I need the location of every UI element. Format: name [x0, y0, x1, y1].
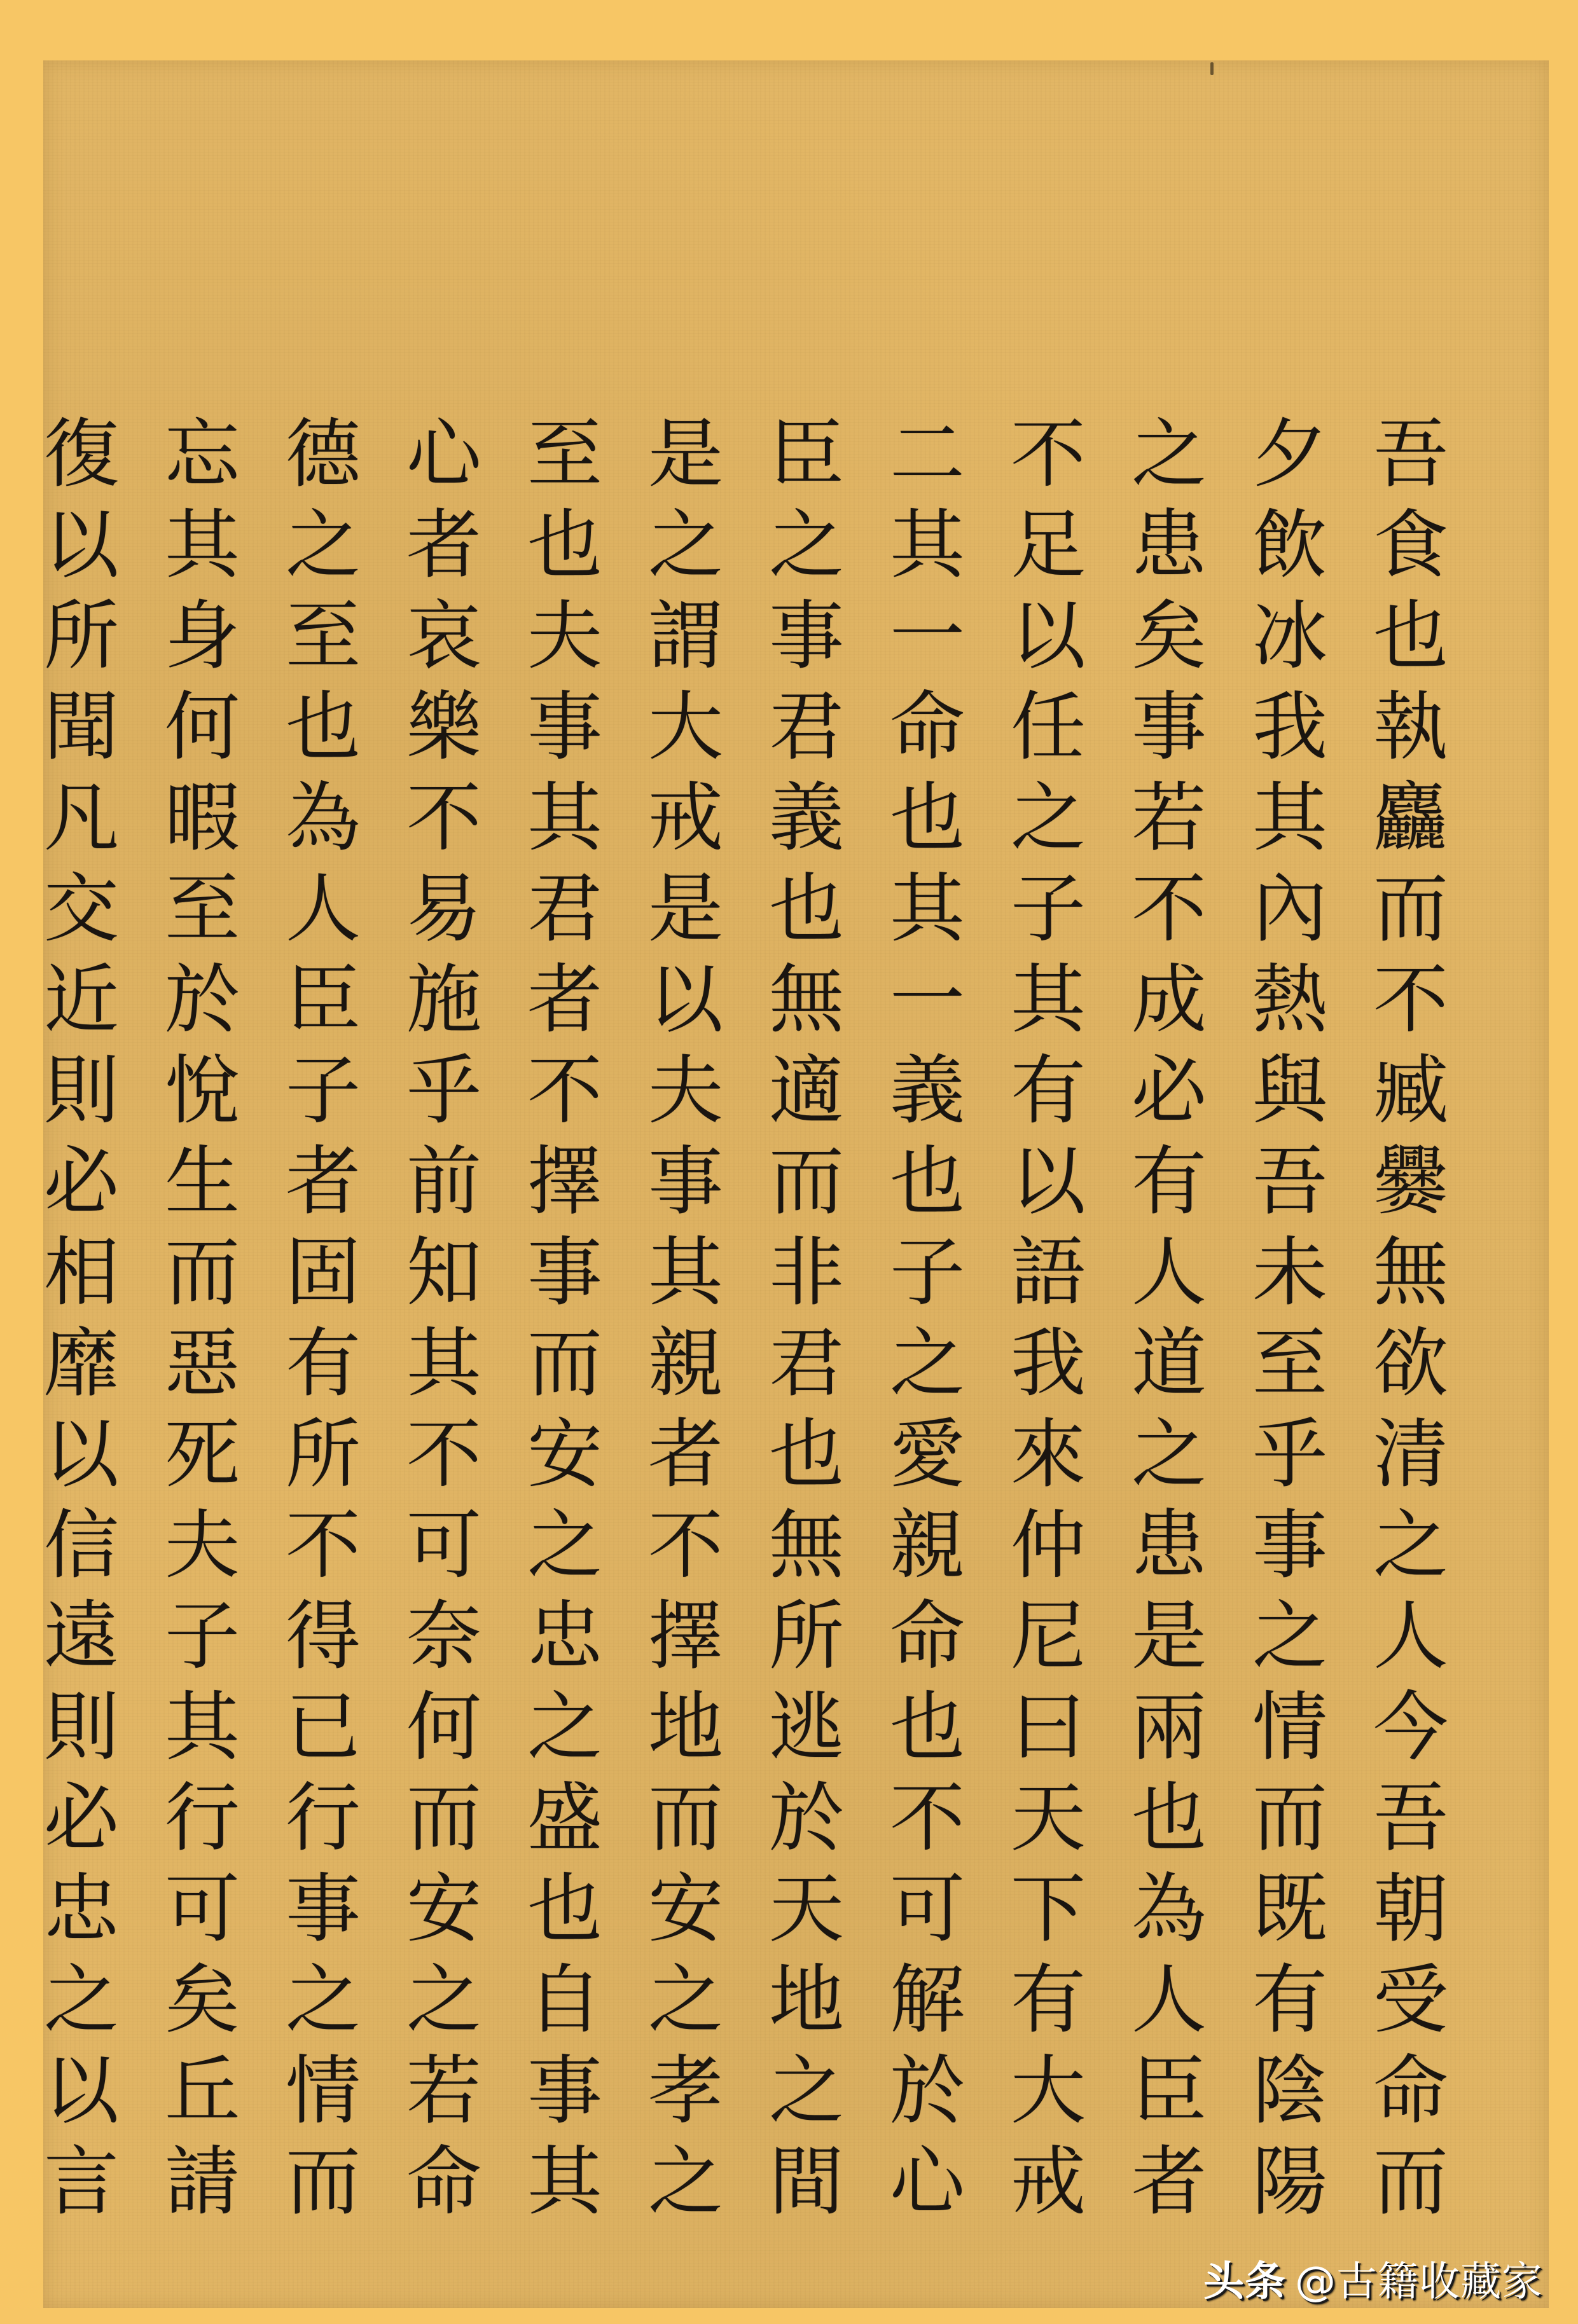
calligraphy-character: 有	[1242, 1955, 1338, 2046]
calligraphy-character: 固	[275, 1227, 371, 1318]
calligraphy-character: 擇	[638, 1591, 733, 1682]
text-column: 至也夫事其君者不擇事而安之忠之盛也自事其	[504, 409, 625, 2227]
calligraphy-character: 親	[880, 1500, 975, 1591]
calligraphy-character: 樂	[396, 682, 492, 773]
calligraphy-character: 也	[275, 682, 371, 773]
calligraphy-character: 子	[155, 1591, 250, 1682]
calligraphy-character: 人	[275, 863, 371, 954]
calligraphy-character: 之	[638, 500, 733, 591]
calligraphy-character: 事	[638, 1136, 733, 1227]
calligraphy-character: 而	[396, 1773, 492, 1864]
calligraphy-character: 有	[1000, 1045, 1096, 1136]
calligraphy-character: 無	[759, 1500, 854, 1591]
calligraphy-character: 適	[759, 1045, 854, 1136]
calligraphy-character: 吾	[1363, 409, 1458, 500]
calligraphy-character: 之	[517, 1682, 613, 1773]
calligraphy-character: 無	[759, 954, 854, 1045]
text-column: 吾食也執麤而不臧爨無欲清之人今吾朝受命而	[1350, 409, 1471, 2227]
calligraphy-character: 解	[880, 1955, 975, 2046]
calligraphy-character: 聞	[34, 682, 129, 773]
calligraphy-character: 地	[759, 1955, 854, 2046]
calligraphy-character: 德	[275, 409, 371, 500]
calligraphy-character: 事	[1242, 1500, 1338, 1591]
calligraphy-character: 二	[880, 409, 975, 500]
calligraphy-character: 者	[275, 1136, 371, 1227]
calligraphy-character: 是	[1121, 1591, 1217, 1682]
calligraphy-character: 有	[1121, 1136, 1217, 1227]
calligraphy-character: 施	[396, 954, 492, 1045]
calligraphy-character: 也	[517, 500, 613, 591]
calligraphy-character: 之	[1242, 1591, 1338, 1682]
calligraphy-character: 之	[638, 2136, 733, 2227]
calligraphy-character: 丘	[155, 2046, 250, 2136]
calligraphy-character: 所	[275, 1409, 371, 1500]
calligraphy-character: 子	[1000, 863, 1096, 954]
calligraphy-character: 仲	[1000, 1500, 1096, 1591]
calligraphy-character: 安	[517, 1409, 613, 1500]
calligraphy-character: 者	[638, 1409, 733, 1500]
calligraphy-character: 可	[396, 1500, 492, 1591]
calligraphy-character: 而	[1242, 1773, 1338, 1864]
calligraphy-character: 臣	[1121, 2046, 1217, 2136]
calligraphy-character: 必	[1121, 1045, 1217, 1136]
calligraphy-character: 乎	[1242, 1409, 1338, 1500]
calligraphy-character: 之	[1000, 773, 1096, 863]
calligraphy-character: 情	[275, 2046, 371, 2136]
calligraphy-character: 人	[1121, 1955, 1217, 2046]
calligraphy-character: 夫	[638, 1045, 733, 1136]
calligraphy-character: 內	[1242, 863, 1338, 954]
calligraphy-character: 不	[638, 1500, 733, 1591]
calligraphy-character: 為	[1121, 1864, 1217, 1955]
calligraphy-character: 臧	[1363, 1045, 1458, 1136]
watermark-brand: 头条	[1203, 2259, 1286, 2306]
calligraphy-character: 之	[880, 1318, 975, 1409]
calligraphy-character: 一	[880, 591, 975, 682]
calligraphy-character: 臣	[759, 409, 854, 500]
calligraphy-character: 不	[1000, 409, 1096, 500]
text-column: 是之謂大戒是以夫事其親者不擇地而安之孝之	[625, 409, 746, 2227]
calligraphy-character: 易	[396, 863, 492, 954]
calligraphy-character: 我	[1242, 682, 1338, 773]
calligraphy-character: 戒	[638, 773, 733, 863]
calligraphy-character: 其	[638, 1227, 733, 1318]
calligraphy-character: 非	[759, 1227, 854, 1318]
calligraphy-character: 乎	[396, 1045, 492, 1136]
calligraphy-character: 與	[1242, 1045, 1338, 1136]
calligraphy-character: 麤	[1363, 773, 1458, 863]
calligraphy-character: 君	[759, 682, 854, 773]
calligraphy-character: 事	[1121, 682, 1217, 773]
calligraphy-character: 則	[34, 1045, 129, 1136]
calligraphy-character: 以	[638, 954, 733, 1045]
calligraphy-character: 人	[1363, 1591, 1458, 1682]
calligraphy-character: 之	[759, 500, 854, 591]
calligraphy-character: 悅	[155, 1045, 250, 1136]
calligraphy-character: 交	[34, 863, 129, 954]
calligraphy-character: 之	[1121, 409, 1217, 500]
calligraphy-character: 奈	[396, 1591, 492, 1682]
calligraphy-character: 必	[34, 1136, 129, 1227]
calligraphy-character: 為	[275, 773, 371, 863]
calligraphy-character: 兩	[1121, 1682, 1217, 1773]
calligraphy-character: 其	[155, 1682, 250, 1773]
calligraphy-character: 矣	[1121, 591, 1217, 682]
calligraphy-character: 可	[880, 1864, 975, 1955]
calligraphy-character: 以	[34, 500, 129, 591]
calligraphy-character: 來	[1000, 1409, 1096, 1500]
calligraphy-character: 心	[880, 2136, 975, 2227]
calligraphy-character: 之	[517, 1500, 613, 1591]
calligraphy-character: 可	[155, 1864, 250, 1955]
calligraphy-character: 若	[396, 2046, 492, 2136]
calligraphy-character: 其	[517, 773, 613, 863]
calligraphy-character: 必	[34, 1773, 129, 1864]
calligraphy-character: 義	[880, 1045, 975, 1136]
calligraphy-character: 靡	[34, 1318, 129, 1409]
calligraphy-character: 忘	[155, 409, 250, 500]
calligraphy-character: 受	[1363, 1955, 1458, 2046]
calligraphy-character: 凡	[34, 773, 129, 863]
calligraphy-character: 也	[759, 863, 854, 954]
calligraphy-character: 之	[34, 1955, 129, 2046]
calligraphy-character: 之	[1121, 1409, 1217, 1500]
calligraphy-character: 也	[880, 773, 975, 863]
calligraphy-character: 夫	[517, 591, 613, 682]
calligraphy-character: 忠	[517, 1591, 613, 1682]
calligraphy-character: 以	[34, 1409, 129, 1500]
calligraphy-character: 子	[880, 1227, 975, 1318]
calligraphy-character: 語	[1000, 1227, 1096, 1318]
calligraphy-character: 飲	[1242, 500, 1338, 591]
calligraphy-character: 哀	[396, 591, 492, 682]
calligraphy-character: 其	[1242, 773, 1338, 863]
text-columns: 吾食也執麤而不臧爨無欲清之人今吾朝受命而夕飲冰我其內熱與吾未至乎事之情而既有陰陽…	[21, 409, 1471, 2227]
text-column: 之患矣事若不成必有人道之患是兩也為人臣者	[1109, 409, 1229, 2227]
calligraphy-character: 親	[638, 1318, 733, 1409]
calligraphy-character: 事	[517, 1227, 613, 1318]
calligraphy-character: 足	[1000, 500, 1096, 591]
calligraphy-character: 地	[638, 1682, 733, 1773]
calligraphy-character: 惡	[155, 1318, 250, 1409]
calligraphy-character: 事	[759, 591, 854, 682]
ink-speck	[1210, 62, 1214, 75]
calligraphy-character: 命	[880, 1591, 975, 1682]
calligraphy-character: 暇	[155, 773, 250, 863]
calligraphy-character: 夕	[1242, 409, 1338, 500]
calligraphy-character: 其	[880, 500, 975, 591]
calligraphy-character: 於	[155, 954, 250, 1045]
calligraphy-character: 所	[34, 591, 129, 682]
text-column: 夕飲冰我其內熱與吾未至乎事之情而既有陰陽	[1229, 409, 1350, 2227]
calligraphy-character: 君	[517, 863, 613, 954]
calligraphy-character: 下	[1000, 1864, 1096, 1955]
calligraphy-character: 其	[1000, 954, 1096, 1045]
calligraphy-character: 遠	[34, 1591, 129, 1682]
calligraphy-character: 天	[1000, 1773, 1096, 1864]
calligraphy-character: 已	[275, 1682, 371, 1773]
calligraphy-character: 行	[155, 1773, 250, 1864]
calligraphy-character: 生	[155, 1136, 250, 1227]
calligraphy-character: 其	[396, 1318, 492, 1409]
calligraphy-character: 子	[275, 1045, 371, 1136]
calligraphy-character: 事	[517, 682, 613, 773]
calligraphy-character: 曰	[1000, 1682, 1096, 1773]
calligraphy-character: 也	[880, 1682, 975, 1773]
calligraphy-character: 安	[396, 1864, 492, 1955]
calligraphy-character: 尼	[1000, 1591, 1096, 1682]
calligraphy-character: 而	[155, 1227, 250, 1318]
calligraphy-character: 命	[1363, 2046, 1458, 2136]
text-column: 忘其身何暇至於悅生而惡死夫子其行可矣丘請	[142, 409, 263, 2227]
calligraphy-character: 謂	[638, 591, 733, 682]
text-column: 臣之事君義也無適而非君也無所逃於天地之間	[746, 409, 867, 2227]
text-column: 不足以任之子其有以語我來仲尼曰天下有大戒	[988, 409, 1109, 2227]
calligraphy-character: 不	[396, 773, 492, 863]
calligraphy-character: 心	[396, 409, 492, 500]
calligraphy-character: 至	[1242, 1318, 1338, 1409]
calligraphy-character: 至	[275, 591, 371, 682]
calligraphy-character: 盛	[517, 1773, 613, 1864]
calligraphy-character: 其	[155, 500, 250, 591]
calligraphy-character: 請	[155, 2136, 250, 2227]
calligraphy-character: 者	[396, 500, 492, 591]
calligraphy-character: 不	[1363, 954, 1458, 1045]
calligraphy-character: 也	[759, 1409, 854, 1500]
calligraphy-character: 逃	[759, 1682, 854, 1773]
text-column: 心者哀樂不易施乎前知其不可奈何而安之若命	[384, 409, 504, 2227]
calligraphy-character: 其	[880, 863, 975, 954]
calligraphy-character: 戒	[1000, 2136, 1096, 2227]
calligraphy-character: 也	[880, 1136, 975, 1227]
calligraphy-character: 大	[638, 682, 733, 773]
calligraphy-character: 而	[638, 1773, 733, 1864]
calligraphy-character: 朝	[1363, 1864, 1458, 1955]
calligraphy-character: 信	[34, 1500, 129, 1591]
calligraphy-character: 未	[1242, 1227, 1338, 1318]
calligraphy-character: 者	[517, 954, 613, 1045]
calligraphy-character: 之	[638, 1955, 733, 2046]
calligraphy-character: 也	[1363, 591, 1458, 682]
text-column: 德之至也為人臣子者固有所不得已行事之情而	[263, 409, 384, 2227]
text-column: 二其一命也其一義也子之愛親命也不可解於心	[867, 409, 988, 2227]
calligraphy-character: 大	[1000, 2046, 1096, 2136]
calligraphy-character: 成	[1121, 954, 1217, 1045]
calligraphy-character: 今	[1363, 1682, 1458, 1773]
calligraphy-character: 得	[275, 1591, 371, 1682]
calligraphy-character: 吾	[1363, 1773, 1458, 1864]
calligraphy-character: 行	[275, 1773, 371, 1864]
calligraphy-character: 而	[517, 1318, 613, 1409]
calligraphy-character: 也	[1121, 1773, 1217, 1864]
calligraphy-character: 不	[396, 1409, 492, 1500]
calligraphy-character: 執	[1363, 682, 1458, 773]
calligraphy-character: 何	[155, 682, 250, 773]
calligraphy-character: 之	[759, 2046, 854, 2136]
calligraphy-page: 吾食也執麤而不臧爨無欲清之人今吾朝受命而夕飲冰我其內熱與吾未至乎事之情而既有陰陽…	[43, 60, 1549, 2308]
calligraphy-character: 則	[34, 1682, 129, 1773]
calligraphy-character: 不	[1121, 863, 1217, 954]
calligraphy-character: 而	[275, 2136, 371, 2227]
calligraphy-character: 人	[1121, 1227, 1217, 1318]
calligraphy-character: 義	[759, 773, 854, 863]
calligraphy-character: 而	[1363, 2136, 1458, 2227]
calligraphy-character: 一	[880, 954, 975, 1045]
calligraphy-character: 事	[517, 2046, 613, 2136]
calligraphy-character: 至	[517, 409, 613, 500]
calligraphy-character: 以	[34, 2046, 129, 2136]
calligraphy-character: 矣	[155, 1955, 250, 2046]
calligraphy-character: 忠	[34, 1864, 129, 1955]
calligraphy-character: 若	[1121, 773, 1217, 863]
calligraphy-character: 其	[517, 2136, 613, 2227]
calligraphy-character: 夫	[155, 1500, 250, 1591]
calligraphy-character: 愛	[880, 1409, 975, 1500]
calligraphy-character: 近	[34, 954, 129, 1045]
calligraphy-character: 孝	[638, 2046, 733, 2136]
calligraphy-character: 天	[759, 1864, 854, 1955]
calligraphy-character: 爨	[1363, 1136, 1458, 1227]
calligraphy-character: 命	[396, 2136, 492, 2227]
calligraphy-character: 相	[34, 1227, 129, 1318]
calligraphy-character: 臣	[275, 954, 371, 1045]
calligraphy-character: 食	[1363, 500, 1458, 591]
calligraphy-character: 我	[1000, 1318, 1096, 1409]
calligraphy-character: 清	[1363, 1409, 1458, 1500]
calligraphy-character: 任	[1000, 682, 1096, 773]
calligraphy-character: 知	[396, 1227, 492, 1318]
calligraphy-character: 於	[880, 2046, 975, 2136]
calligraphy-character: 情	[1242, 1682, 1338, 1773]
calligraphy-character: 者	[1121, 2136, 1217, 2227]
watermark: 头条@古籍收藏家	[1203, 2249, 1543, 2307]
calligraphy-character: 陽	[1242, 2136, 1338, 2227]
calligraphy-character: 前	[396, 1136, 492, 1227]
calligraphy-character: 患	[1121, 500, 1217, 591]
calligraphy-character: 欲	[1363, 1318, 1458, 1409]
watermark-handle: @古籍收藏家	[1295, 2259, 1543, 2306]
calligraphy-character: 既	[1242, 1864, 1338, 1955]
calligraphy-character: 自	[517, 1955, 613, 2046]
calligraphy-character: 也	[517, 1864, 613, 1955]
calligraphy-character: 君	[759, 1318, 854, 1409]
calligraphy-character: 死	[155, 1409, 250, 1500]
calligraphy-character: 事	[275, 1864, 371, 1955]
calligraphy-character: 之	[275, 500, 371, 591]
calligraphy-character: 言	[34, 2136, 129, 2227]
calligraphy-character: 熱	[1242, 954, 1338, 1045]
calligraphy-character: 於	[759, 1773, 854, 1864]
calligraphy-character: 以	[1000, 1136, 1096, 1227]
calligraphy-character: 之	[1363, 1500, 1458, 1591]
calligraphy-character: 而	[1363, 863, 1458, 954]
calligraphy-character: 不	[880, 1773, 975, 1864]
calligraphy-character: 不	[275, 1500, 371, 1591]
calligraphy-character: 是	[638, 863, 733, 954]
calligraphy-character: 陰	[1242, 2046, 1338, 2136]
calligraphy-character: 無	[1363, 1227, 1458, 1318]
calligraphy-character: 之	[396, 1955, 492, 2046]
calligraphy-character: 擇	[517, 1136, 613, 1227]
calligraphy-character: 患	[1121, 1500, 1217, 1591]
calligraphy-character: 間	[759, 2136, 854, 2227]
calligraphy-character: 所	[759, 1591, 854, 1682]
calligraphy-character: 何	[396, 1682, 492, 1773]
calligraphy-character: 有	[1000, 1955, 1096, 2046]
calligraphy-character: 安	[638, 1864, 733, 1955]
calligraphy-character: 冰	[1242, 591, 1338, 682]
calligraphy-character: 有	[275, 1318, 371, 1409]
calligraphy-character: 以	[1000, 591, 1096, 682]
calligraphy-character: 而	[759, 1136, 854, 1227]
calligraphy-character: 不	[517, 1045, 613, 1136]
calligraphy-character: 命	[880, 682, 975, 773]
calligraphy-character: 是	[638, 409, 733, 500]
calligraphy-character: 吾	[1242, 1136, 1338, 1227]
calligraphy-character: 道	[1121, 1318, 1217, 1409]
calligraphy-character: 身	[155, 591, 250, 682]
text-column: 復以所聞凡交近則必相靡以信遠則必忠之以言	[21, 409, 142, 2227]
calligraphy-character: 之	[275, 1955, 371, 2046]
calligraphy-character: 復	[34, 409, 129, 500]
calligraphy-character: 至	[155, 863, 250, 954]
